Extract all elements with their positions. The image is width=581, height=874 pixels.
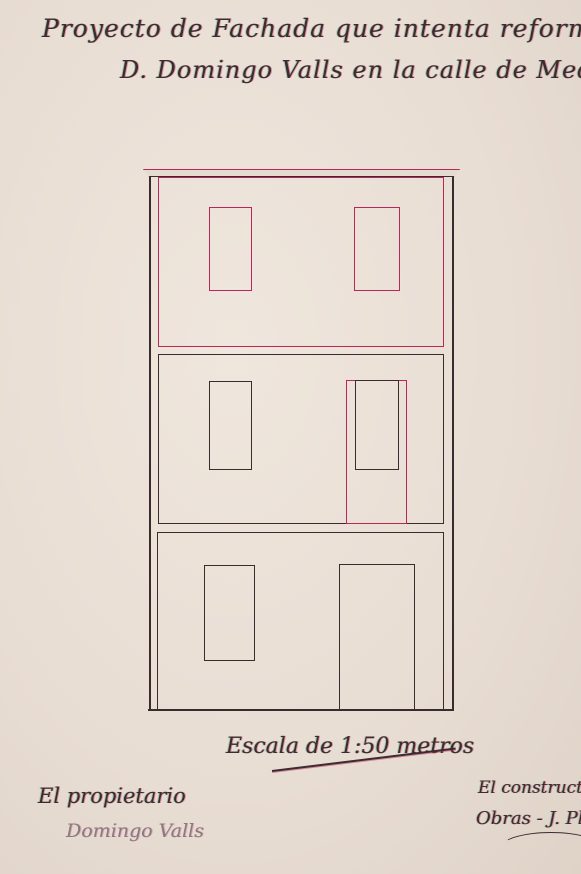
title-line-1: Proyecto de Fachada que intenta reformar xyxy=(42,14,581,43)
signature-flourish xyxy=(500,832,581,864)
builder-label: El constructor xyxy=(478,778,581,798)
builder-signature: Obras - J. Pl xyxy=(476,808,581,829)
scale-label: Escala de 1:50 metros xyxy=(226,734,474,759)
top-floor-panel xyxy=(158,177,444,347)
top-floor-window-right xyxy=(354,207,400,291)
outer-wall-right xyxy=(452,177,454,710)
outer-wall-left xyxy=(149,177,151,710)
owner-label: El propietario xyxy=(38,784,186,808)
ground-floor-door xyxy=(339,564,415,710)
title-line-2: D. Domingo Valls en la calle de Mediodia xyxy=(120,56,581,84)
owner-signature: Domingo Valls xyxy=(66,820,204,842)
cornice xyxy=(143,169,460,177)
ground-floor-window xyxy=(204,565,255,661)
middle-floor-window-left xyxy=(209,381,252,470)
middle-floor-balcony-window xyxy=(355,380,399,470)
top-floor-window-left xyxy=(209,207,252,291)
